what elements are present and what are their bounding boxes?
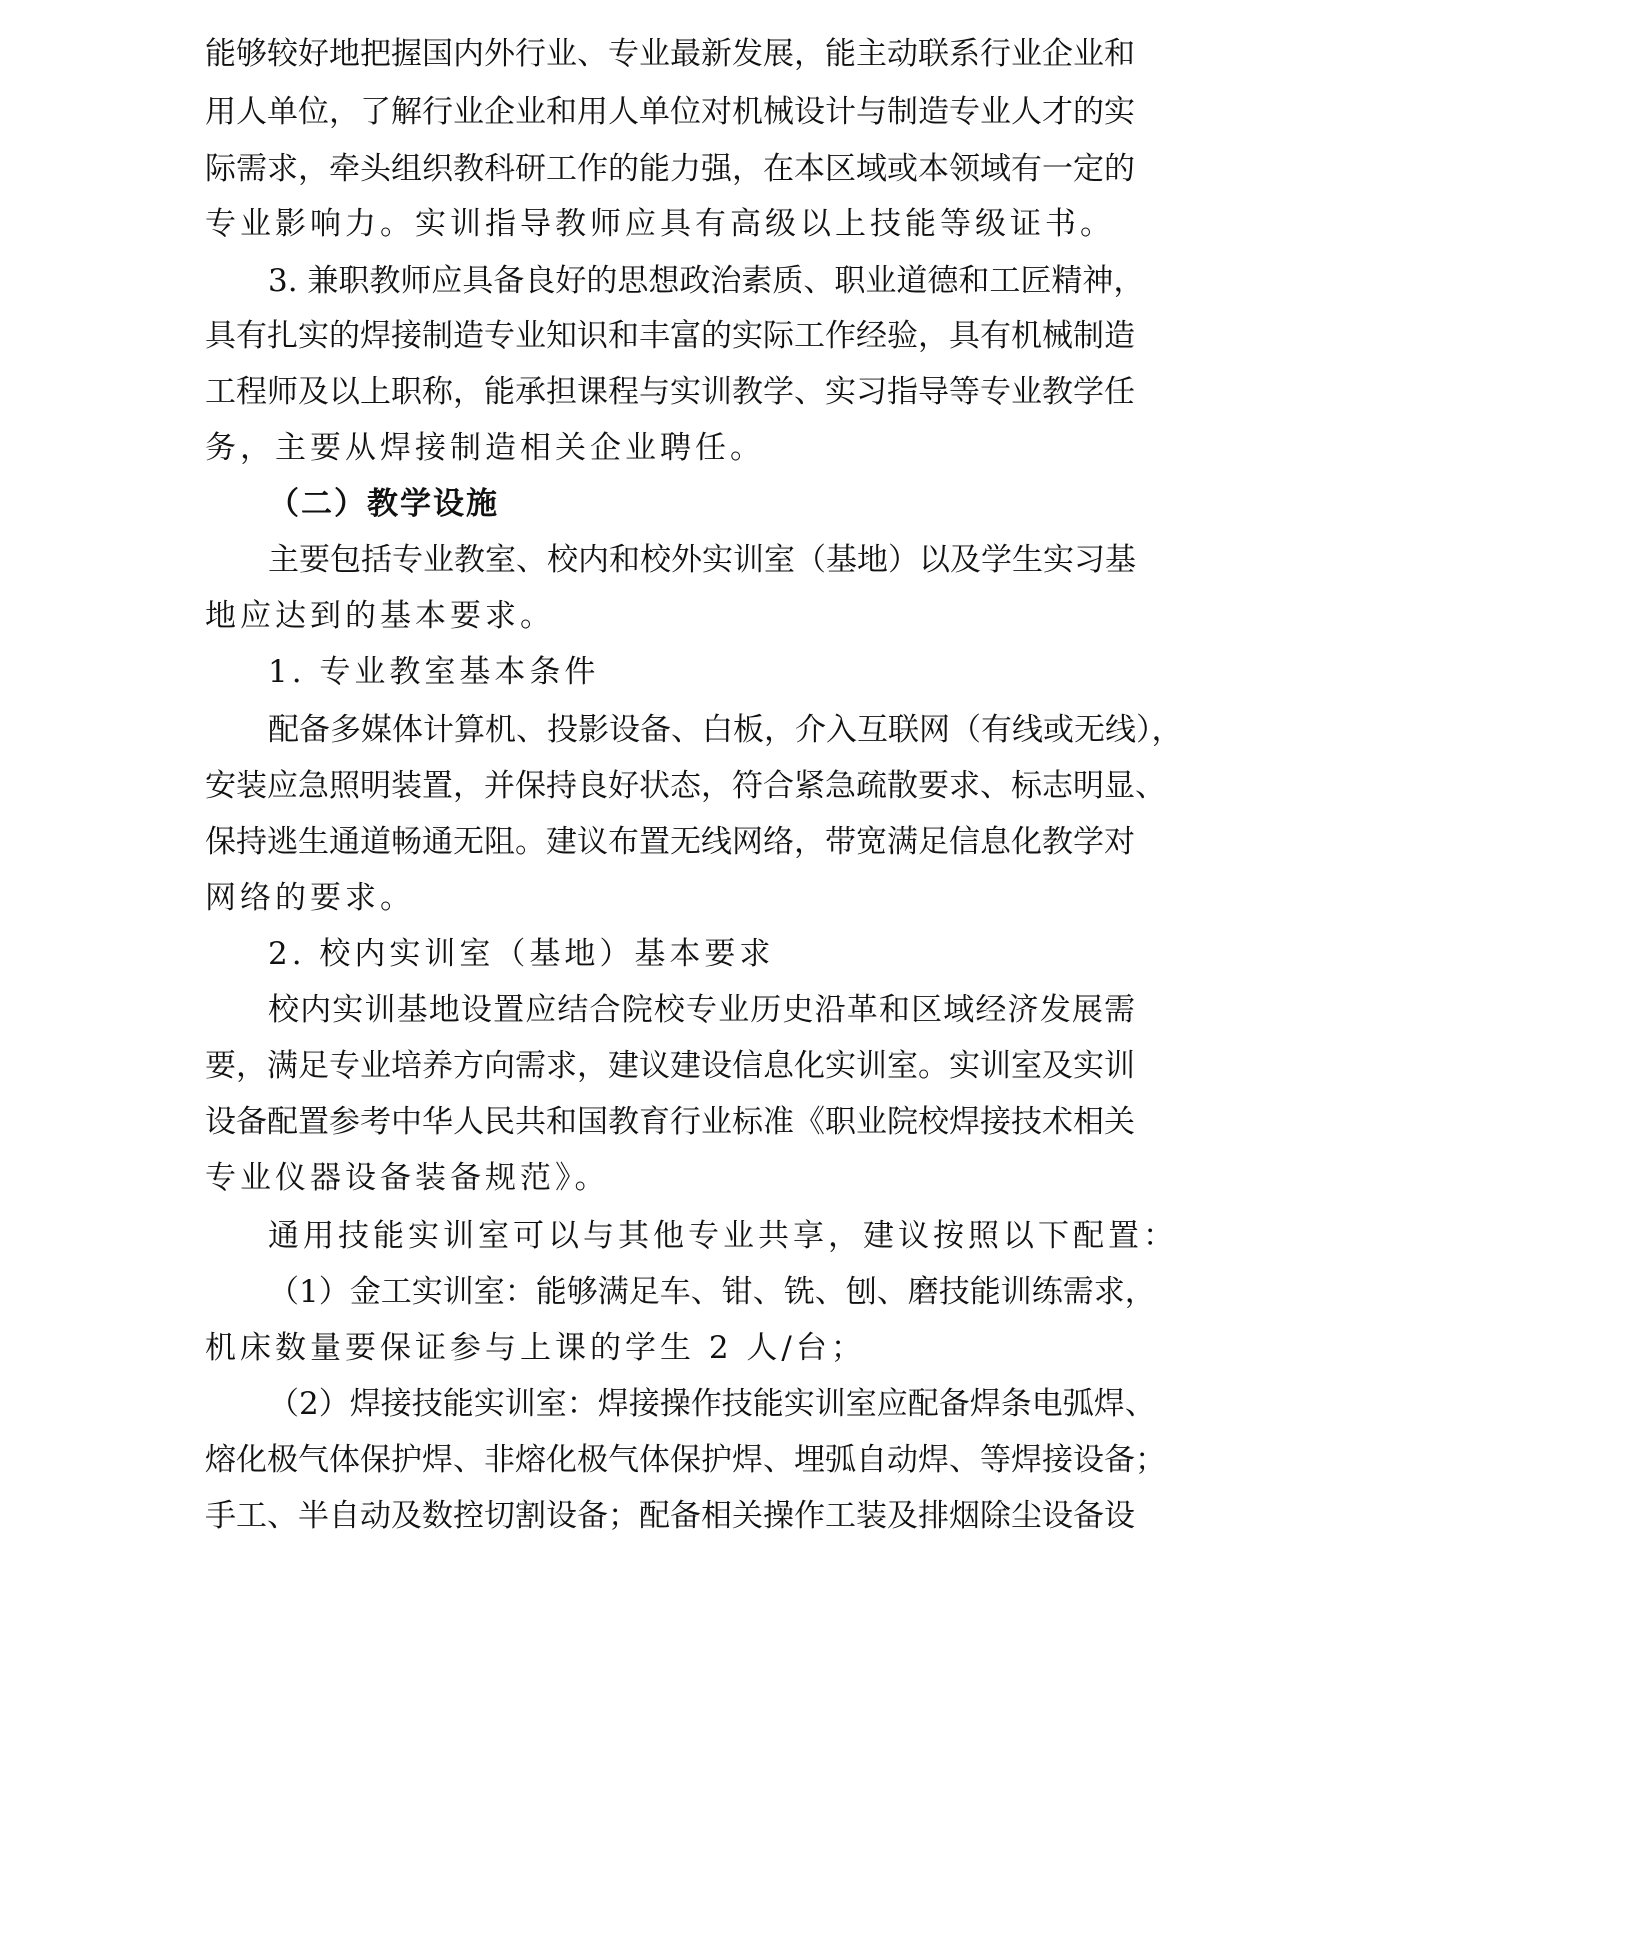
paragraph-line: 具有扎实的焊接制造专业知识和丰富的实际工作经验，具有机械制造 [205,306,1135,366]
paragraph-line: 网络的要求。 [205,868,1135,928]
document-page: 能够较好地把握国内外行业、专业最新发展，能主动联系行业企业和 用人单位，了解行业… [0,0,1648,1936]
paragraph-line: 地应达到的基本要求。 [205,586,1135,646]
paragraph-line: 专业仪器设备装备规范》。 [205,1148,1135,1208]
paragraph-line: 安装应急照明装置，并保持良好状态，符合紧急疏散要求、标志明显、 [205,756,1135,816]
paragraph-line: 主要包括专业教室、校内和校外实训室（基地）以及学生实习基 [268,530,1135,590]
subsection-heading: 1. 专业教室基本条件 [268,642,1135,702]
list-item: （2）焊接技能实训室：焊接操作技能实训室应配备焊条电弧焊、 [268,1374,1135,1434]
paragraph-line: 用人单位，了解行业企业和用人单位对机械设计与制造专业人才的实 [205,82,1135,142]
subsection-heading: 2. 校内实训室（基地）基本要求 [268,924,1135,984]
section-heading: （二）教学设施 [268,474,1198,534]
list-item-continuation: 熔化极气体保护焊、非熔化极气体保护焊、埋弧自动焊、等焊接设备； [205,1430,1135,1490]
paragraph-line: 务，主要从焊接制造相关企业聘任。 [205,418,1135,478]
paragraph-line: 校内实训基地设置应结合院校专业历史沿革和区域经济发展需 [268,980,1135,1040]
paragraph-line: 3. 兼职教师应具备良好的思想政治素质、职业道德和工匠精神， [268,251,1135,311]
list-item: （1）金工实训室：能够满足车、钳、铣、刨、磨技能训练需求， [268,1262,1135,1322]
paragraph-line: 专业影响力。实训指导教师应具有高级以上技能等级证书。 [205,194,1135,254]
paragraph-line: 配备多媒体计算机、投影设备、白板，介入互联网（有线或无线）， [268,700,1135,760]
paragraph-line: 能够较好地把握国内外行业、专业最新发展，能主动联系行业企业和 [205,24,1135,84]
paragraph-line: 要，满足专业培养方向需求，建议建设信息化实训室。实训室及实训 [205,1036,1135,1096]
list-item-continuation: 机床数量要保证参与上课的学生 2 人/台； [205,1318,1135,1378]
paragraph-line: 通用技能实训室可以与其他专业共享，建议按照以下配置： [268,1206,1135,1266]
paragraph-line: 工程师及以上职称，能承担课程与实训教学、实习指导等专业教学任 [205,362,1135,422]
paragraph-line: 际需求，牵头组织教科研工作的能力强，在本区域或本领域有一定的 [205,139,1135,199]
paragraph-line: 保持逃生通道畅通无阻。建议布置无线网络，带宽满足信息化教学对 [205,812,1135,872]
list-item-continuation: 手工、半自动及数控切割设备；配备相关操作工装及排烟除尘设备设 [205,1486,1135,1546]
paragraph-line: 设备配置参考中华人民共和国教育行业标准《职业院校焊接技术相关 [205,1092,1135,1152]
